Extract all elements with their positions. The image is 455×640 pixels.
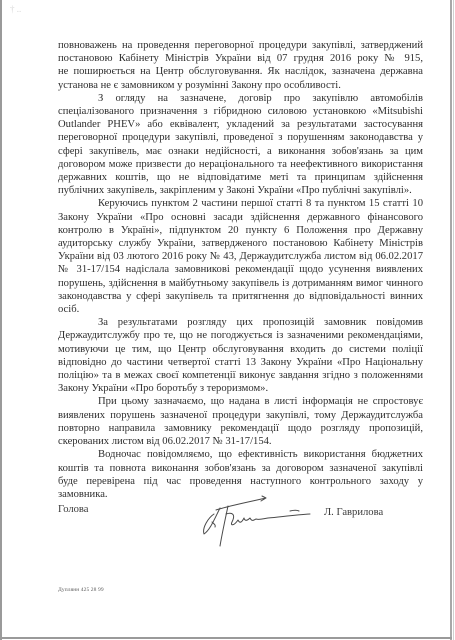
text-line: публічних закупівель, закріпленим у Зако… (58, 184, 423, 197)
paragraph: повноважень на проведення переговорної п… (58, 39, 423, 92)
text-line: сфері закупівель, має ознаки недійсності… (58, 145, 423, 158)
text-line: договором може призвести до нераціональн… (58, 158, 423, 171)
text-line: спеціалізованого призначення з гібридною… (58, 105, 423, 118)
text-line: державних коштів, що не відповідатиме ме… (58, 171, 423, 184)
paragraph: За результатами розгляду цих пропозицій … (58, 316, 423, 395)
text-line: При цьому зазначаємо, що надана в листі … (58, 395, 423, 408)
text-line: Закону України «Про основні засади здійс… (58, 211, 423, 224)
text-line: контролю в Україні», підпунктом 20 пункт… (58, 224, 423, 237)
text-line: не поширюється на Центр обслуговування. … (58, 65, 423, 78)
letter-body: повноважень на проведення переговорної п… (58, 39, 423, 501)
text-line: За результатами розгляду цих пропозицій … (58, 316, 423, 329)
text-line: виявлених порушень зазначеної процедури … (58, 409, 423, 422)
text-line: Outlander PHEV» або еквівалент, укладени… (58, 118, 423, 131)
signatory-name: Л. Гаврилова (324, 507, 383, 518)
paragraph: При цьому зазначаємо, що надана в листі … (58, 395, 423, 448)
scan-artifact-mark: † .. (10, 4, 21, 14)
page-border-right (450, 0, 452, 640)
page-border-bottom (0, 637, 452, 639)
text-line: порушень, здійснення в майбутньому закуп… (58, 277, 423, 290)
text-line: коштів та повнота виконання зобов'язань … (58, 462, 423, 475)
page-border-left (0, 0, 2, 640)
text-line: Закону України «Про боротьбу з тероризмо… (58, 382, 423, 395)
text-line: повторно направила замовнику рекомендаці… (58, 422, 423, 435)
text-line: аудиторську службу України, затвердженог… (58, 237, 423, 250)
handwritten-signature-icon (198, 492, 318, 552)
text-line: Держаудитслужбу про те, що не погоджуєть… (58, 329, 423, 342)
text-line: скерованих листом від 06.02.2017 № 31-17… (58, 435, 423, 448)
text-line: Водночас повідомляємо, що ефективність в… (58, 448, 423, 461)
signatory-role: Голова (58, 504, 89, 515)
page-border-right-shadow (453, 0, 454, 640)
document-page: † .. повноважень на проведення переговор… (0, 0, 455, 640)
text-line: повноважень на проведення переговорної п… (58, 39, 423, 52)
text-line: відповідно до частини четвертої статті 1… (58, 356, 423, 369)
text-line: мотивуючи це тим, що Центр обслуговуванн… (58, 343, 423, 356)
text-line: переговорної процедури закупівлі, провед… (58, 131, 423, 144)
text-line: законодавства у сфері закупівель та прит… (58, 290, 423, 303)
text-line: З огляду на зазначене, договір про закуп… (58, 92, 423, 105)
text-line: Керуючись пунктом 2 частини першої статт… (58, 197, 423, 210)
text-line: осіб. (58, 303, 423, 316)
text-line: поліцію» та в межах своєї компетенції ви… (58, 369, 423, 382)
text-line: установа не є замовником у розумінні Зак… (58, 79, 423, 92)
paragraph: З огляду на зазначене, договір про закуп… (58, 92, 423, 198)
paragraph: Керуючись пунктом 2 частини першої статт… (58, 197, 423, 316)
text-line: № 31-17/154 надіслала замовникові рекоме… (58, 263, 423, 276)
executor-phone-note: Дуплянн 425 28 99 (58, 587, 104, 593)
text-line: України від 03 лютого 2016 року № 43, Де… (58, 250, 423, 263)
text-line: буде перевірена під час проведення насту… (58, 475, 423, 488)
text-line: постановою Кабінету Міністрів України ві… (58, 52, 423, 65)
